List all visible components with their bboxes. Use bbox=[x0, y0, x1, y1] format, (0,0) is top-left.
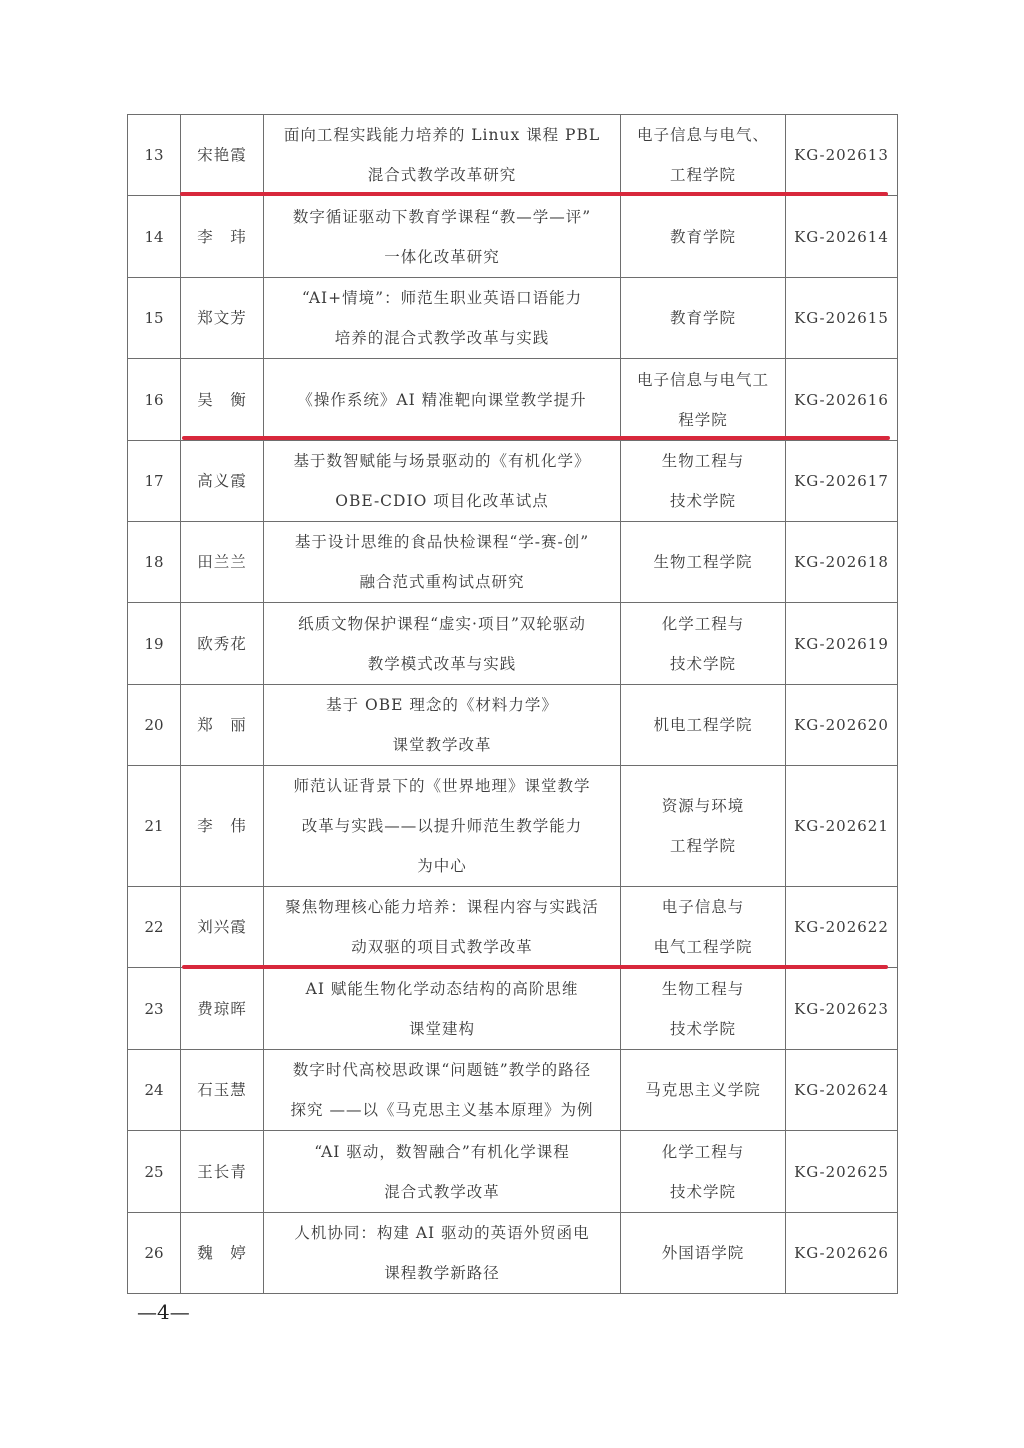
college-name: 资源与环境工程学院 bbox=[621, 766, 786, 887]
row-number: 23 bbox=[128, 968, 181, 1050]
college-name-line: 外国语学院 bbox=[627, 1233, 779, 1273]
row-number: 25 bbox=[128, 1131, 181, 1213]
college-name-line: 技术学院 bbox=[627, 1009, 779, 1049]
project-title-line: “AI+情境”：师范生职业英语口语能力 bbox=[270, 278, 614, 318]
college-name-line: 电子信息与 bbox=[627, 887, 779, 927]
project-title: AI 赋能生物化学动态结构的高阶思维课堂建构 bbox=[264, 968, 621, 1050]
college-name-line: 电子信息与电气工 bbox=[627, 360, 779, 400]
row-number: 13 bbox=[128, 115, 181, 196]
project-title-line: 混合式教学改革 bbox=[270, 1172, 614, 1212]
project-title-line: 一体化改革研究 bbox=[270, 237, 614, 277]
red-underline-row-16 bbox=[182, 436, 890, 440]
applicant-name: 王长青 bbox=[181, 1131, 264, 1213]
college-name: 化学工程与技术学院 bbox=[621, 603, 786, 685]
project-code: KG-202618 bbox=[786, 522, 898, 603]
project-title-line: 课程教学新路径 bbox=[270, 1253, 614, 1293]
college-name-line: 生物工程与 bbox=[627, 969, 779, 1009]
project-title-line: 基于数智赋能与场景驱动的《有机化学》 bbox=[270, 441, 614, 481]
project-title-line: 融合范式重构试点研究 bbox=[270, 562, 614, 602]
row-number: 18 bbox=[128, 522, 181, 603]
applicant-name: 吴 衡 bbox=[181, 359, 264, 441]
college-name: 教育学院 bbox=[621, 278, 786, 359]
project-title-line: 人机协同：构建 AI 驱动的英语外贸函电 bbox=[270, 1213, 614, 1253]
college-name-line: 生物工程与 bbox=[627, 441, 779, 481]
project-title: 人机协同：构建 AI 驱动的英语外贸函电课程教学新路径 bbox=[264, 1213, 621, 1294]
row-number: 17 bbox=[128, 441, 181, 522]
project-code: KG-202619 bbox=[786, 603, 898, 685]
project-title-line: OBE-CDIO 项目化改革试点 bbox=[270, 481, 614, 521]
project-title: “AI+情境”：师范生职业英语口语能力培养的混合式教学改革与实践 bbox=[264, 278, 621, 359]
college-name: 生物工程与技术学院 bbox=[621, 968, 786, 1050]
project-title-line: 纸质文物保护课程“虚实·项目”双轮驱动 bbox=[270, 604, 614, 644]
project-title: 数字时代高校思政课“问题链”教学的路径探究 ——以《马克思主义基本原理》为例 bbox=[264, 1050, 621, 1131]
red-underline-row-22 bbox=[182, 965, 888, 969]
project-code: KG-202615 bbox=[786, 278, 898, 359]
project-code: KG-202624 bbox=[786, 1050, 898, 1131]
project-title-line: “AI 驱动，数智融合”有机化学课程 bbox=[270, 1132, 614, 1172]
row-number: 16 bbox=[128, 359, 181, 441]
applicant-name: 刘兴霞 bbox=[181, 887, 264, 968]
project-title: 师范认证背景下的《世界地理》课堂教学改革与实践——以提升师范生教学能力为中心 bbox=[264, 766, 621, 887]
project-title: 《操作系统》AI 精准靶向课堂教学提升 bbox=[264, 359, 621, 441]
college-name: 机电工程学院 bbox=[621, 685, 786, 766]
project-title-line: 面向工程实践能力培养的 Linux 课程 PBL bbox=[270, 115, 614, 155]
college-name-line: 生物工程学院 bbox=[627, 542, 779, 582]
college-name-line: 马克思主义学院 bbox=[627, 1070, 779, 1110]
row-number: 19 bbox=[128, 603, 181, 685]
project-title: 面向工程实践能力培养的 Linux 课程 PBL混合式教学改革研究 bbox=[264, 115, 621, 196]
table-row: 20郑 丽基于 OBE 理念的《材料力学》课堂教学改革机电工程学院KG-2026… bbox=[128, 685, 898, 766]
college-name: 教育学院 bbox=[621, 196, 786, 278]
applicant-name: 宋艳霞 bbox=[181, 115, 264, 196]
table-row: 22刘兴霞聚焦物理核心能力培养：课程内容与实践活动双驱的项目式教学改革电子信息与… bbox=[128, 887, 898, 968]
college-name-line: 技术学院 bbox=[627, 1172, 779, 1212]
applicant-name: 郑文芳 bbox=[181, 278, 264, 359]
table-row: 14李 玮数字循证驱动下教育学课程“教—学—评”一体化改革研究教育学院KG-20… bbox=[128, 196, 898, 278]
row-number: 14 bbox=[128, 196, 181, 278]
table-row: 18田兰兰基于设计思维的食品快检课程“学-赛-创”融合范式重构试点研究生物工程学… bbox=[128, 522, 898, 603]
project-title: 基于 OBE 理念的《材料力学》课堂教学改革 bbox=[264, 685, 621, 766]
project-title-line: 培养的混合式教学改革与实践 bbox=[270, 318, 614, 358]
project-title-line: 数字循证驱动下教育学课程“教—学—评” bbox=[270, 197, 614, 237]
applicant-name: 郑 丽 bbox=[181, 685, 264, 766]
college-name-line: 工程学院 bbox=[627, 826, 779, 866]
project-code: KG-202622 bbox=[786, 887, 898, 968]
college-name-line: 化学工程与 bbox=[627, 604, 779, 644]
table-row: 24石玉慧数字时代高校思政课“问题链”教学的路径探究 ——以《马克思主义基本原理… bbox=[128, 1050, 898, 1131]
project-table-body: 13宋艳霞面向工程实践能力培养的 Linux 课程 PBL混合式教学改革研究电子… bbox=[128, 115, 898, 1294]
project-title: 基于数智赋能与场景驱动的《有机化学》OBE-CDIO 项目化改革试点 bbox=[264, 441, 621, 522]
applicant-name: 李 伟 bbox=[181, 766, 264, 887]
college-name: 电子信息与电气工程学院 bbox=[621, 887, 786, 968]
row-number: 24 bbox=[128, 1050, 181, 1131]
college-name-line: 电气工程学院 bbox=[627, 927, 779, 967]
project-title-line: 探究 ——以《马克思主义基本原理》为例 bbox=[270, 1090, 614, 1130]
table-row: 21李 伟师范认证背景下的《世界地理》课堂教学改革与实践——以提升师范生教学能力… bbox=[128, 766, 898, 887]
row-number: 26 bbox=[128, 1213, 181, 1294]
project-title-line: 为中心 bbox=[270, 846, 614, 886]
table-row: 15郑文芳“AI+情境”：师范生职业英语口语能力培养的混合式教学改革与实践教育学… bbox=[128, 278, 898, 359]
applicant-name: 田兰兰 bbox=[181, 522, 264, 603]
applicant-name: 石玉慧 bbox=[181, 1050, 264, 1131]
project-code: KG-202616 bbox=[786, 359, 898, 441]
applicant-name: 李 玮 bbox=[181, 196, 264, 278]
project-code: KG-202623 bbox=[786, 968, 898, 1050]
project-title-line: 基于 OBE 理念的《材料力学》 bbox=[270, 685, 614, 725]
college-name-line: 技术学院 bbox=[627, 481, 779, 521]
college-name: 电子信息与电气、工程学院 bbox=[621, 115, 786, 196]
project-title-line: 数字时代高校思政课“问题链”教学的路径 bbox=[270, 1050, 614, 1090]
project-title: 基于设计思维的食品快检课程“学-赛-创”融合范式重构试点研究 bbox=[264, 522, 621, 603]
college-name: 电子信息与电气工程学院 bbox=[621, 359, 786, 441]
college-name-line: 程学院 bbox=[627, 400, 779, 440]
project-code: KG-202625 bbox=[786, 1131, 898, 1213]
project-code: KG-202620 bbox=[786, 685, 898, 766]
table-row: 16吴 衡《操作系统》AI 精准靶向课堂教学提升电子信息与电气工程学院KG-20… bbox=[128, 359, 898, 441]
project-title-line: 课堂建构 bbox=[270, 1009, 614, 1049]
project-code: KG-202617 bbox=[786, 441, 898, 522]
college-name: 外国语学院 bbox=[621, 1213, 786, 1294]
table-row: 23费琼晖AI 赋能生物化学动态结构的高阶思维课堂建构生物工程与技术学院KG-2… bbox=[128, 968, 898, 1050]
college-name: 马克思主义学院 bbox=[621, 1050, 786, 1131]
project-code: KG-202626 bbox=[786, 1213, 898, 1294]
row-number: 20 bbox=[128, 685, 181, 766]
applicant-name: 欧秀花 bbox=[181, 603, 264, 685]
college-name-line: 化学工程与 bbox=[627, 1132, 779, 1172]
project-code: KG-202614 bbox=[786, 196, 898, 278]
project-title-line: 动双驱的项目式教学改革 bbox=[270, 927, 614, 967]
project-title-line: 改革与实践——以提升师范生教学能力 bbox=[270, 806, 614, 846]
table-row: 13宋艳霞面向工程实践能力培养的 Linux 课程 PBL混合式教学改革研究电子… bbox=[128, 115, 898, 196]
project-title: “AI 驱动，数智融合”有机化学课程混合式教学改革 bbox=[264, 1131, 621, 1213]
project-code: KG-202621 bbox=[786, 766, 898, 887]
college-name-line: 资源与环境 bbox=[627, 786, 779, 826]
row-number: 15 bbox=[128, 278, 181, 359]
applicant-name: 费琼晖 bbox=[181, 968, 264, 1050]
project-title-line: 基于设计思维的食品快检课程“学-赛-创” bbox=[270, 522, 614, 562]
project-title-line: AI 赋能生物化学动态结构的高阶思维 bbox=[270, 969, 614, 1009]
college-name: 生物工程与技术学院 bbox=[621, 441, 786, 522]
project-title: 聚焦物理核心能力培养：课程内容与实践活动双驱的项目式教学改革 bbox=[264, 887, 621, 968]
project-code: KG-202613 bbox=[786, 115, 898, 196]
college-name-line: 技术学院 bbox=[627, 644, 779, 684]
project-title: 数字循证驱动下教育学课程“教—学—评”一体化改革研究 bbox=[264, 196, 621, 278]
page-number: —4— bbox=[137, 1300, 190, 1324]
college-name: 生物工程学院 bbox=[621, 522, 786, 603]
applicant-name: 高义霞 bbox=[181, 441, 264, 522]
table-row: 17高义霞基于数智赋能与场景驱动的《有机化学》OBE-CDIO 项目化改革试点生… bbox=[128, 441, 898, 522]
project-title-line: 教学模式改革与实践 bbox=[270, 644, 614, 684]
college-name-line: 教育学院 bbox=[627, 217, 779, 257]
college-name-line: 电子信息与电气、 bbox=[627, 115, 779, 155]
applicant-name: 魏 婷 bbox=[181, 1213, 264, 1294]
project-title-line: 《操作系统》AI 精准靶向课堂教学提升 bbox=[270, 380, 614, 420]
row-number: 21 bbox=[128, 766, 181, 887]
college-name-line: 教育学院 bbox=[627, 298, 779, 338]
red-underline-row-13 bbox=[180, 192, 888, 196]
project-table: 13宋艳霞面向工程实践能力培养的 Linux 课程 PBL混合式教学改革研究电子… bbox=[127, 114, 898, 1294]
college-name: 化学工程与技术学院 bbox=[621, 1131, 786, 1213]
college-name-line: 工程学院 bbox=[627, 155, 779, 195]
row-number: 22 bbox=[128, 887, 181, 968]
table-row: 19欧秀花纸质文物保护课程“虚实·项目”双轮驱动教学模式改革与实践化学工程与技术… bbox=[128, 603, 898, 685]
table-row: 25王长青“AI 驱动，数智融合”有机化学课程混合式教学改革化学工程与技术学院K… bbox=[128, 1131, 898, 1213]
table-row: 26魏 婷人机协同：构建 AI 驱动的英语外贸函电课程教学新路径外国语学院KG-… bbox=[128, 1213, 898, 1294]
college-name-line: 机电工程学院 bbox=[627, 705, 779, 745]
project-title-line: 师范认证背景下的《世界地理》课堂教学 bbox=[270, 766, 614, 806]
project-title: 纸质文物保护课程“虚实·项目”双轮驱动教学模式改革与实践 bbox=[264, 603, 621, 685]
project-title-line: 聚焦物理核心能力培养：课程内容与实践活 bbox=[270, 887, 614, 927]
project-title-line: 混合式教学改革研究 bbox=[270, 155, 614, 195]
project-title-line: 课堂教学改革 bbox=[270, 725, 614, 765]
